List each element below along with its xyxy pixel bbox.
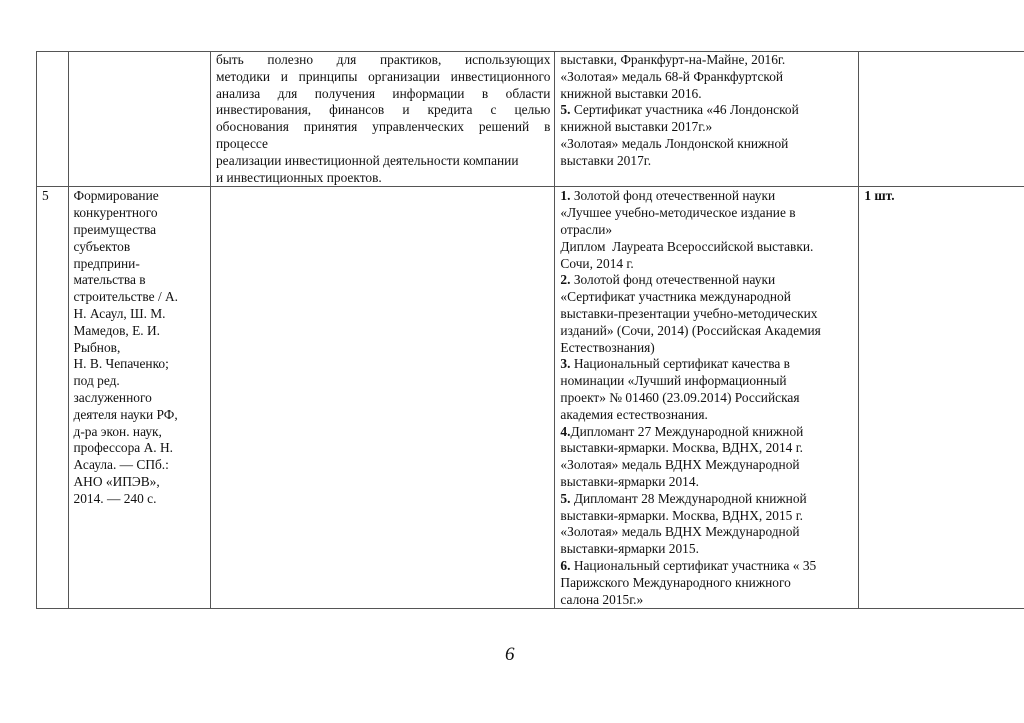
- award-line: выставки-ярмарки. Москва, ВДНХ, 2015 г.: [560, 508, 854, 525]
- awards-cell: выставки, Франкфурт-на-Майне, 2016г.«Зол…: [555, 52, 859, 187]
- award-text: Естествознания): [560, 340, 654, 355]
- award-text: «Золотая» медаль Лондонской книжной: [560, 136, 788, 151]
- award-text: выставки-ярмарки 2015.: [560, 541, 699, 556]
- award-text: академия естествознания.: [560, 407, 707, 422]
- description-line: реализации инвестиционной деятельности к…: [216, 153, 550, 170]
- award-line: проект» № 01460 (23.09.2014) Российская: [560, 390, 854, 407]
- award-text: «Сертификат участника международной: [560, 289, 790, 304]
- award-line: Естествознания): [560, 340, 854, 357]
- award-line: 3. Национальный сертификат качества в: [560, 356, 854, 373]
- award-text: отрасли»: [560, 222, 612, 237]
- title-line: АНО «ИПЭВ»,: [74, 474, 206, 491]
- awards-cell: 1. Золотой фонд отечественной науки«Лучш…: [555, 187, 859, 609]
- quantity-value: 1 шт.: [864, 188, 894, 203]
- award-number: 5.: [560, 102, 570, 117]
- award-line: 2. Золотой фонд отечественной науки: [560, 272, 854, 289]
- award-text: Диплом Лауреата Всероссийской выставки.: [560, 239, 813, 254]
- award-line: «Лучшее учебно-методическое издание в: [560, 205, 854, 222]
- award-number: 3.: [560, 356, 570, 371]
- award-line: Парижского Международного книжного: [560, 575, 854, 592]
- award-text: «Золотая» медаль 68-й Франкфуртской: [560, 69, 783, 84]
- award-line: Сочи, 2014 г.: [560, 256, 854, 273]
- award-text: «Золотая» медаль ВДНХ Международной: [560, 457, 799, 472]
- award-line: выставки, Франкфурт-на-Майне, 2016г.: [560, 52, 854, 69]
- award-text: изданий» (Сочи, 2014) (Российская Академ…: [560, 323, 820, 338]
- award-text: выставки-ярмарки. Москва, ВДНХ, 2015 г.: [560, 508, 803, 523]
- award-line: Диплом Лауреата Всероссийской выставки.: [560, 239, 854, 256]
- award-text: Сертификат участника «46 Лондонской: [570, 102, 798, 117]
- description-line: быть полезно для практиков, использующих: [216, 52, 550, 69]
- award-line: изданий» (Сочи, 2014) (Российская Академ…: [560, 323, 854, 340]
- title-line: Н. Асаул, Ш. М.: [74, 306, 206, 323]
- award-text: Национальный сертификат участника « 35: [570, 558, 816, 573]
- award-line: салона 2015г.»: [560, 592, 854, 609]
- award-line: «Золотая» медаль ВДНХ Международной: [560, 524, 854, 541]
- title-line: Н. В. Чепаченко;: [74, 356, 206, 373]
- title-line: Мамедов, Е. И.: [74, 323, 206, 340]
- award-number: 4.: [560, 424, 570, 439]
- award-text: Золотой фонд отечественной науки: [570, 188, 775, 203]
- description-line: методики и принципы организации инвестиц…: [216, 69, 550, 86]
- table-row: быть полезно для практиков, использующих…: [37, 52, 1024, 187]
- table-row: 5 Формированиеконкурентногопреимуществас…: [37, 187, 1024, 609]
- publication-title-text: Формированиеконкурентногопреимуществасуб…: [74, 188, 206, 507]
- award-line: выставки-презентации учебно-методических: [560, 306, 854, 323]
- awards-list: выставки, Франкфурт-на-Майне, 2016г.«Зол…: [560, 52, 854, 170]
- page-number: 6: [505, 644, 515, 666]
- award-line: 1. Золотой фонд отечественной науки: [560, 188, 854, 205]
- award-line: 5. Сертификат участника «46 Лондонской: [560, 102, 854, 119]
- award-text: книжной выставки 2017г.»: [560, 119, 712, 134]
- award-text: Дипломант 27 Международной книжной: [570, 424, 803, 439]
- award-line: 5. Дипломант 28 Международной книжной: [560, 491, 854, 508]
- award-text: выставки-презентации учебно-методических: [560, 306, 817, 321]
- title-line: заслуженного: [74, 390, 206, 407]
- title-line: профессора А. Н.: [74, 440, 206, 457]
- description-cell: быть полезно для практиков, использующих…: [210, 52, 554, 187]
- description-line: процессе: [216, 136, 550, 153]
- award-line: выставки 2017г.: [560, 153, 854, 170]
- award-line: номинации «Лучший информационный: [560, 373, 854, 390]
- award-line: «Золотая» медаль ВДНХ Международной: [560, 457, 854, 474]
- description-cell: [210, 187, 554, 609]
- award-text: проект» № 01460 (23.09.2014) Российская: [560, 390, 799, 405]
- award-line: книжной выставки 2016.: [560, 86, 854, 103]
- title-line: конкурентного: [74, 205, 206, 222]
- title-line: под ред.: [74, 373, 206, 390]
- title-line: деятеля науки РФ,: [74, 407, 206, 424]
- award-number: 5.: [560, 491, 570, 506]
- award-text: Дипломант 28 Международной книжной: [570, 491, 806, 506]
- award-line: выставки-ярмарки. Москва, ВДНХ, 2014 г.: [560, 440, 854, 457]
- title-line: д-ра экон. наук,: [74, 424, 206, 441]
- award-line: академия естествознания.: [560, 407, 854, 424]
- award-text: выставки-ярмарки. Москва, ВДНХ, 2014 г.: [560, 440, 803, 455]
- award-line: 4.Дипломант 27 Международной книжной: [560, 424, 854, 441]
- row-number-cell: 5: [37, 187, 69, 609]
- description-text: быть полезно для практиков, использующих…: [216, 52, 550, 186]
- title-line: Формирование: [74, 188, 206, 205]
- title-line: предприни-: [74, 256, 206, 273]
- award-line: 6. Национальный сертификат участника « 3…: [560, 558, 854, 575]
- award-number: 2.: [560, 272, 570, 287]
- title-line: преимущества: [74, 222, 206, 239]
- award-text: Золотой фонд отечественной науки: [570, 272, 775, 287]
- description-line: обоснования принятия управленческих реше…: [216, 119, 550, 136]
- description-line: и инвестиционных проектов.: [216, 170, 550, 187]
- award-line: выставки-ярмарки 2015.: [560, 541, 854, 558]
- award-number: 1.: [560, 188, 570, 203]
- description-line: инвестирования, финансов и кредита с цел…: [216, 102, 550, 119]
- publications-table: быть полезно для практиков, использующих…: [36, 51, 1024, 609]
- title-line: строительстве / А.: [74, 289, 206, 306]
- award-text: выставки 2017г.: [560, 153, 651, 168]
- award-text: «Лучшее учебно-методическое издание в: [560, 205, 795, 220]
- award-line: выставки-ярмарки 2014.: [560, 474, 854, 491]
- award-text: Парижского Международного книжного: [560, 575, 790, 590]
- publication-title-cell: Формированиеконкурентногопреимуществасуб…: [68, 187, 210, 609]
- award-text: Сочи, 2014 г.: [560, 256, 633, 271]
- award-line: «Сертификат участника международной: [560, 289, 854, 306]
- award-line: «Золотая» медаль 68-й Франкфуртской: [560, 69, 854, 86]
- award-text: номинации «Лучший информационный: [560, 373, 786, 388]
- award-text: выставки, Франкфурт-на-Майне, 2016г.: [560, 52, 785, 67]
- award-text: Национальный сертификат качества в: [570, 356, 790, 371]
- award-text: книжной выставки 2016.: [560, 86, 701, 101]
- award-text: «Золотая» медаль ВДНХ Международной: [560, 524, 799, 539]
- award-text: салона 2015г.»: [560, 592, 643, 607]
- quantity-cell: [859, 52, 1024, 187]
- title-line: мательства в: [74, 272, 206, 289]
- title-line: Рыбнов,: [74, 340, 206, 357]
- title-line: 2014. — 240 с.: [74, 491, 206, 508]
- title-line: субъектов: [74, 239, 206, 256]
- award-line: книжной выставки 2017г.»: [560, 119, 854, 136]
- awards-list: 1. Золотой фонд отечественной науки«Лучш…: [560, 188, 854, 608]
- award-line: отрасли»: [560, 222, 854, 239]
- award-text: выставки-ярмарки 2014.: [560, 474, 699, 489]
- title-line: Асаула. — СПб.:: [74, 457, 206, 474]
- publication-title-cell: [68, 52, 210, 187]
- quantity-cell: 1 шт.: [859, 187, 1024, 609]
- description-line: анализа для получения информации в облас…: [216, 86, 550, 103]
- award-line: «Золотая» медаль Лондонской книжной: [560, 136, 854, 153]
- award-number: 6.: [560, 558, 570, 573]
- row-number-cell: [37, 52, 69, 187]
